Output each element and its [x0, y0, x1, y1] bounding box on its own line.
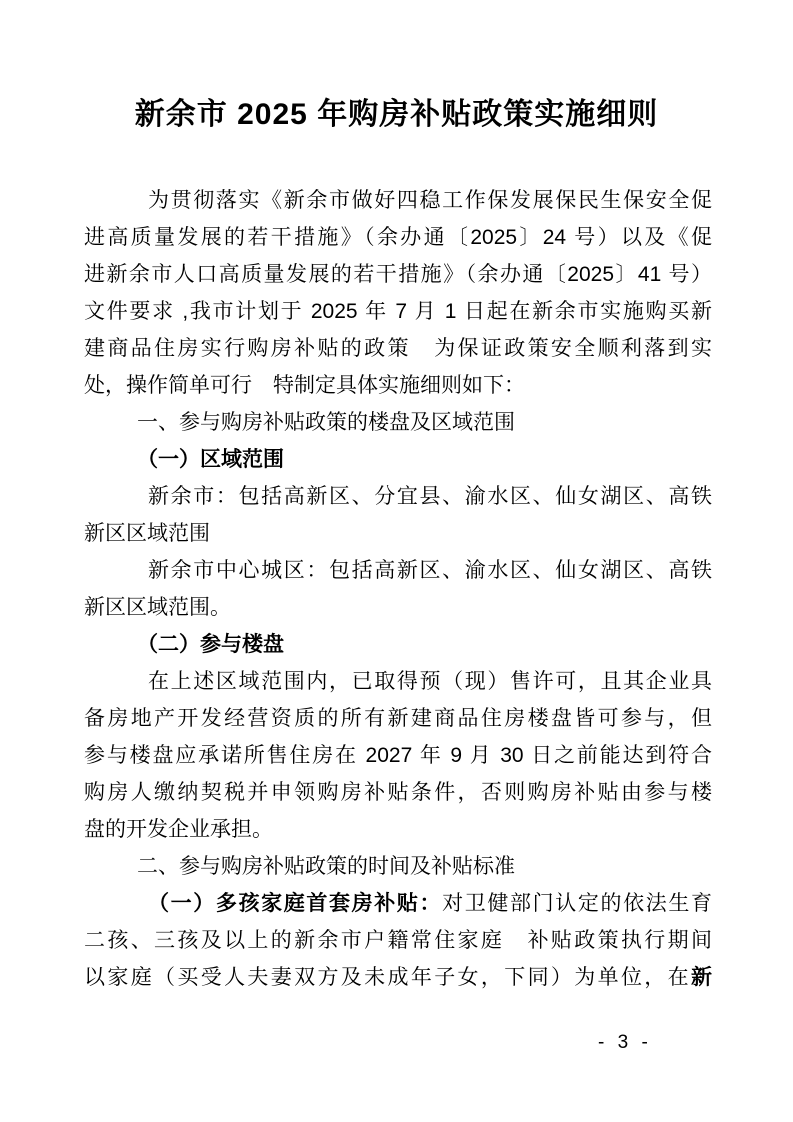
- doc-text-bold: （二）参与楼盘: [137, 633, 284, 656]
- doc-line: 进新余市人口高质量发展的若干措施》（余办通〔2025〕41 号）: [84, 256, 712, 293]
- doc-text: 购房人缴纳契税并申领购房补贴条件，否则购房补贴由参与楼: [84, 781, 712, 804]
- doc-line: 在上述区域范围内，已取得预（现）售许可，且其企业具: [84, 663, 712, 700]
- doc-line: 一、参与购房补贴政策的楼盘及区域范围: [84, 404, 712, 441]
- doc-line: （二）参与楼盘: [84, 626, 712, 663]
- doc-text: 新区区域范围。: [84, 596, 231, 619]
- doc-text: 盘的开发企业承担。: [84, 818, 273, 841]
- doc-line: 参与楼盘应承诺所售住房在 2027 年 9 月 30 日之前能达到符合: [84, 737, 712, 774]
- doc-text: 备房地产开发经营资质的所有新建商品住房楼盘皆可参与，但: [84, 707, 712, 730]
- doc-line: 新余市：包括高新区、分宜县、渝水区、仙女湖区、高铁: [84, 478, 712, 515]
- doc-text-bold: 新: [691, 966, 712, 989]
- doc-line: （一）区域范围: [84, 441, 712, 478]
- page-title: 新余市 2025 年购房补贴政策实施细则: [0, 94, 793, 136]
- doc-text: 一、参与购房补贴政策的楼盘及区域范围: [137, 411, 515, 434]
- doc-text: 新余市：包括高新区、分宜县、渝水区、仙女湖区、高铁: [148, 485, 712, 508]
- doc-line: 为贯彻落实《新余市做好四稳工作保发展保民生保安全促: [84, 182, 712, 219]
- doc-text: 建商品住房实行购房补贴的政策 为保证政策安全顺利落到实: [84, 337, 712, 360]
- doc-text: 参与楼盘应承诺所售住房在 2027 年 9 月 30 日之前能达到符合: [84, 744, 712, 767]
- document-body: 为贯彻落实《新余市做好四稳工作保发展保民生保安全促进高质量发展的若干措施》（余办…: [84, 182, 712, 996]
- doc-line: 新余市中心城区：包括高新区、渝水区、仙女湖区、高铁: [84, 552, 712, 589]
- doc-line: 新区区域范围: [84, 515, 712, 552]
- doc-text-bold: （一）区域范围: [137, 448, 284, 471]
- doc-text: 对卫健部门认定的依法生育: [442, 892, 712, 915]
- doc-line: 新区区域范围。: [84, 589, 712, 626]
- doc-line: 以家庭（买受人夫妻双方及未成年子女，下同）为单位，在新: [84, 959, 712, 996]
- page-number: - 3 -: [598, 1029, 652, 1057]
- doc-text: 新区区域范围: [84, 522, 210, 545]
- doc-text: 在上述区域范围内，已取得预（现）售许可，且其企业具: [148, 670, 712, 693]
- doc-text: 二孩、三孩及以上的新余市户籍常住家庭 补贴政策执行期间: [84, 929, 712, 952]
- doc-text: 进高质量发展的若干措施》（余办通〔2025〕24 号）以及《促: [84, 226, 712, 249]
- doc-line: 文件要求 ,我市计划于 2025 年 7 月 1 日起在新余市实施购买新: [84, 293, 712, 330]
- doc-text: 新余市中心城区：包括高新区、渝水区、仙女湖区、高铁: [148, 559, 712, 582]
- doc-text-bold: （一）多孩家庭首套房补贴：: [148, 892, 442, 915]
- doc-line: 进高质量发展的若干措施》（余办通〔2025〕24 号）以及《促: [84, 219, 712, 256]
- doc-text: 处，操作简单可行 特制定具体实施细则如下：: [84, 374, 525, 397]
- doc-line: 二孩、三孩及以上的新余市户籍常住家庭 补贴政策执行期间: [84, 922, 712, 959]
- doc-line: 盘的开发企业承担。: [84, 811, 712, 848]
- doc-line: （一）多孩家庭首套房补贴：对卫健部门认定的依法生育: [84, 885, 712, 922]
- doc-text: 二、参与购房补贴政策的时间及补贴标准: [137, 855, 515, 878]
- doc-text: 以家庭（买受人夫妻双方及未成年子女，下同）为单位，在: [84, 966, 691, 989]
- doc-text: 文件要求 ,我市计划于 2025 年 7 月 1 日起在新余市实施购买新: [84, 300, 712, 323]
- doc-line: 处，操作简单可行 特制定具体实施细则如下：: [84, 367, 712, 404]
- doc-text: 为贯彻落实《新余市做好四稳工作保发展保民生保安全促: [148, 189, 712, 212]
- doc-line: 备房地产开发经营资质的所有新建商品住房楼盘皆可参与，但: [84, 700, 712, 737]
- doc-line: 二、参与购房补贴政策的时间及补贴标准: [84, 848, 712, 885]
- doc-line: 购房人缴纳契税并申领购房补贴条件，否则购房补贴由参与楼: [84, 774, 712, 811]
- doc-text: 进新余市人口高质量发展的若干措施》（余办通〔2025〕41 号）: [84, 263, 712, 286]
- doc-line: 建商品住房实行购房补贴的政策 为保证政策安全顺利落到实: [84, 330, 712, 367]
